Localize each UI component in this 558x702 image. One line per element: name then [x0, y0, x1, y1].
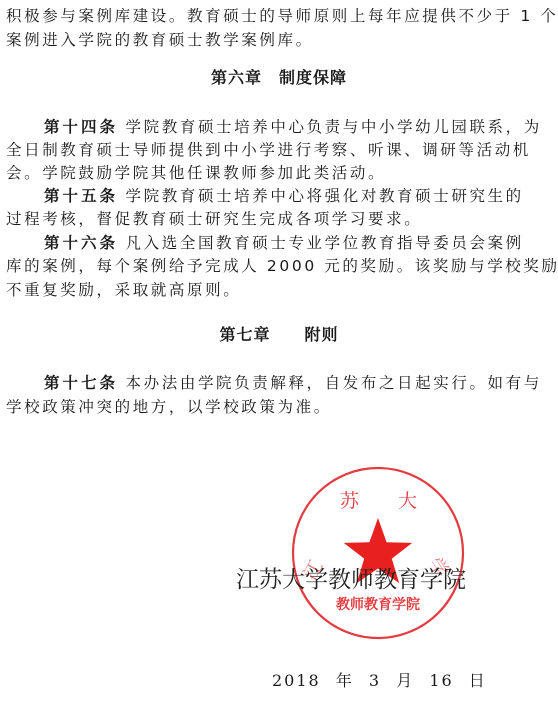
article-15-text: 学院教育硕士培养中心将强化对教育硕士研究生的 — [126, 187, 524, 205]
article-16-line-3: 不重复奖励，采取就高原则。 — [6, 280, 241, 300]
intro-line-2: 案例进入学院的教育硕士教学案例库。 — [6, 30, 314, 50]
date-month-unit: 月 — [396, 671, 414, 690]
date-day-unit: 日 — [469, 671, 487, 690]
article-14-label: 第十四条 — [44, 118, 118, 136]
article-14-line-2: 全日制教育硕士导师提供到中小学进行考察、听课、调研等活动机 — [6, 140, 531, 160]
issue-date: 2018 年 3 月 16 日 — [272, 668, 495, 691]
article-14-text: 学院教育硕士培养中心负责与中小学幼儿园联系，为 — [126, 118, 542, 136]
article-17-first-line: 第十七条 本办法由学院负责解释，自发布之日起实行。如有与 — [44, 373, 542, 393]
date-day: 16 — [429, 671, 453, 690]
article-16-first-line: 第十六条 凡入选全国教育硕士专业学位教育指导委员会案例 — [44, 233, 524, 253]
seal-bottom-text: 教师教育学院 — [335, 596, 420, 613]
signature-institution: 江苏大学教师教育学院 — [236, 561, 466, 594]
article-15-line-2: 过程考核，督促教育硕士研究生完成各项学习要求。 — [6, 209, 422, 229]
article-15-label: 第十五条 — [44, 187, 118, 205]
article-16-line-2: 库的案例，每个案例给予完成人 2000 元的奖励。该奖励与学校奖励 — [6, 256, 558, 276]
article-17-text: 本办法由学院负责解释，自发布之日起实行。如有与 — [126, 374, 542, 392]
chapter-6-heading: 第六章 制度保障 — [0, 68, 558, 88]
article-14-first-line: 第十四条 学院教育硕士培养中心负责与中小学幼儿园联系，为 — [44, 117, 542, 137]
official-seal: 苏 大 江 学 教师教育学院 — [290, 465, 466, 641]
article-14-line-3: 会。学院鼓励学院其他任课教师参加此类活动。 — [6, 163, 386, 183]
article-15-first-line: 第十五条 学院教育硕士培养中心将强化对教育硕士研究生的 — [44, 186, 524, 206]
article-17-line-2: 学校政策冲突的地方，以学校政策为准。 — [6, 397, 332, 417]
article-16-text: 凡入选全国教育硕士专业学位教育指导委员会案例 — [126, 234, 524, 252]
date-month: 3 — [369, 671, 381, 690]
article-17-label: 第十七条 — [44, 374, 118, 392]
seal-char-su: 苏 — [340, 490, 360, 512]
seal-graphic: 苏 大 江 学 教师教育学院 — [290, 465, 466, 641]
date-year-unit: 年 — [336, 671, 354, 690]
article-16-label: 第十六条 — [44, 234, 118, 252]
intro-line-1: 积极参与案例库建设。教育硕士的导师原则上每年应提供不少于 1 个 — [6, 6, 558, 26]
chapter-7-heading: 第七章 附则 — [0, 325, 558, 345]
seal-char-da: 大 — [398, 490, 417, 512]
date-year: 2018 — [272, 671, 321, 690]
